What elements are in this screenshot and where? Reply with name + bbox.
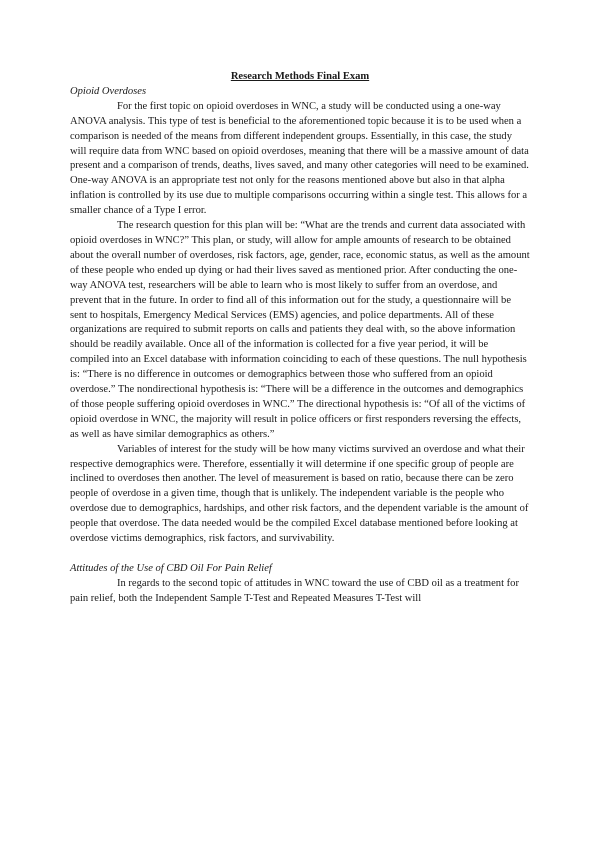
section-heading: Opioid Overdoses [70,85,530,100]
section-cbd-oil: Attitudes of the Use of CBD Oil For Pain… [70,562,530,607]
section-heading: Attitudes of the Use of CBD Oil For Pain… [70,562,530,577]
document-page: Research Methods Final Exam Opioid Overd… [70,70,530,607]
paragraph: The research question for this plan will… [70,219,530,443]
section-opioid-overdoses: Opioid Overdoses For the first topic on … [70,85,530,547]
paragraph: Variables of interest for the study will… [70,443,530,547]
paragraph: For the first topic on opioid overdoses … [70,100,530,219]
document-title: Research Methods Final Exam [70,70,530,85]
paragraph: In regards to the second topic of attitu… [70,577,530,607]
blank-line [70,547,530,562]
